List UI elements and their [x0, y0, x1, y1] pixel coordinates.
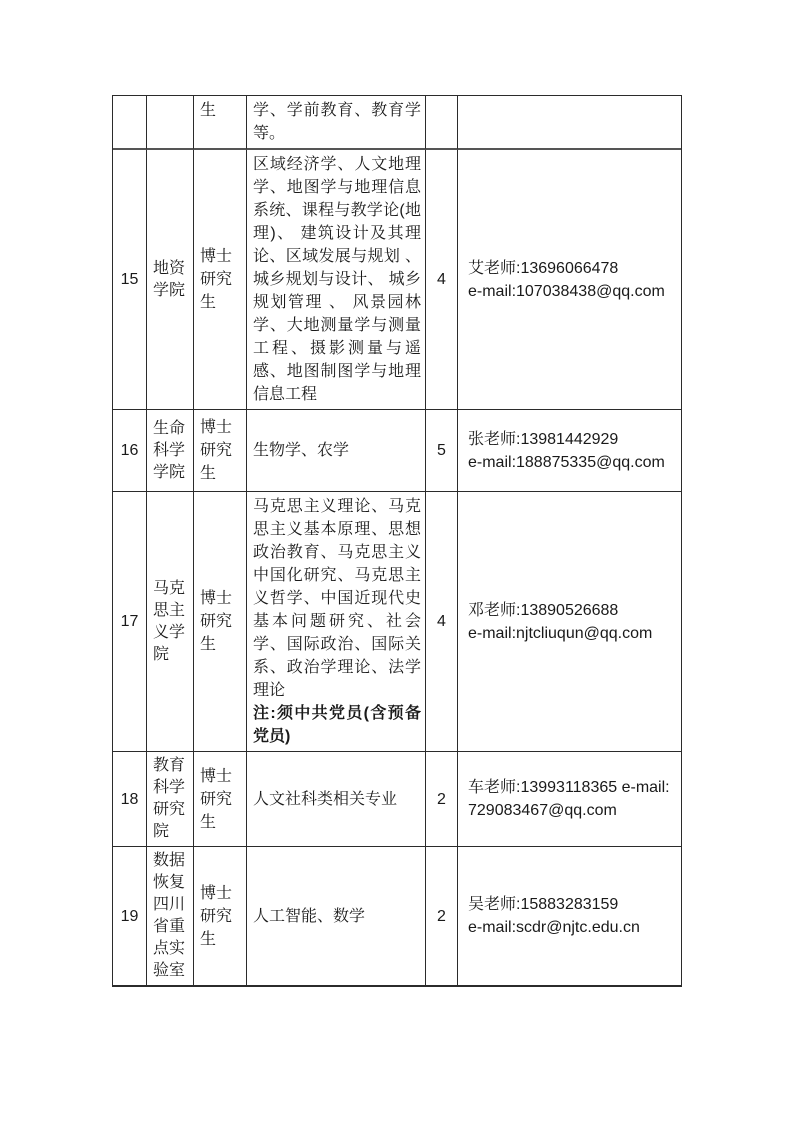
cell-majors: 马克思主义理论、马克思主义基本原理、思想政治教育、马克思主义中国化研究、马克思主…	[247, 492, 426, 752]
cell-majors: 人工智能、数学	[247, 847, 426, 985]
contact-email-line: e-mail:107038438@qq.com	[468, 280, 675, 303]
cell-count: 4	[426, 492, 458, 752]
contact-phone-line: 张老师:13981442929	[468, 428, 675, 451]
cell-count: 5	[426, 410, 458, 492]
table-row: 17 马克思主义学院 博士研究生 马克思主义理论、马克思主义基本原理、思想政治教…	[113, 492, 681, 752]
cell-college: 地资学院	[147, 150, 194, 410]
cell-index: 16	[113, 410, 147, 492]
cell-majors: 人文社科类相关专业	[247, 752, 426, 847]
contact-email-line: e-mail:scdr@njtc.edu.cn	[468, 916, 675, 939]
contact-phone-line: 车老师:13993118365 e-mail:	[468, 776, 675, 799]
contact-email-line: e-mail:njtcliuqun@qq.com	[468, 622, 675, 645]
majors-text: 马克思主义理论、马克思主义基本原理、思想政治教育、马克思主义中国化研究、马克思主…	[253, 495, 421, 702]
cell-contact: 车老师:13993118365 e-mail: 729083467@qq.com	[458, 752, 681, 847]
cell-degree: 博士研究生	[194, 410, 247, 492]
majors-text: 人文社科类相关专业	[253, 788, 421, 811]
cell-college: 数据恢复四川省重点实验室	[147, 847, 194, 985]
cell-college: 教育科学研究院	[147, 752, 194, 847]
cell-degree: 博士研究生	[194, 492, 247, 752]
majors-note: 注:须中共党员(含预备党员)	[253, 702, 421, 748]
cell-majors: 区域经济学、人文地理学、地图学与地理信息系统、课程与教学论(地理)、 建筑设计及…	[247, 150, 426, 410]
cell-count: 2	[426, 847, 458, 985]
cell-college	[147, 96, 194, 150]
contact-phone-line: 吴老师:15883283159	[468, 893, 675, 916]
cell-degree: 博士研究生	[194, 752, 247, 847]
table-row: 19 数据恢复四川省重点实验室 博士研究生 人工智能、数学 2 吴老师:1588…	[113, 847, 681, 985]
recruitment-table: 生 学、学前教育、教育学等。 15 地资学院 博士研究生 区域经济学、人文地理学…	[112, 95, 682, 987]
majors-text: 人工智能、数学	[253, 905, 421, 928]
cell-majors: 学、学前教育、教育学等。	[247, 96, 426, 150]
cell-degree: 博士研究生	[194, 847, 247, 985]
document-page: 生 学、学前教育、教育学等。 15 地资学院 博士研究生 区域经济学、人文地理学…	[0, 0, 793, 1122]
cell-majors: 生物学、农学	[247, 410, 426, 492]
cell-index: 15	[113, 150, 147, 410]
contact-phone-line: 艾老师:13696066478	[468, 257, 675, 280]
table-row: 16 生命科学学院 博士研究生 生物学、农学 5 张老师:13981442929…	[113, 410, 681, 492]
majors-text: 生物学、农学	[253, 439, 421, 462]
cell-index	[113, 96, 147, 150]
cell-degree: 博士研究生	[194, 150, 247, 410]
cell-contact: 艾老师:13696066478 e-mail:107038438@qq.com	[458, 150, 681, 410]
cell-contact	[458, 96, 681, 150]
cell-index: 17	[113, 492, 147, 752]
cell-index: 18	[113, 752, 147, 847]
cell-count	[426, 96, 458, 150]
table-row: 15 地资学院 博士研究生 区域经济学、人文地理学、地图学与地理信息系统、课程与…	[113, 150, 681, 410]
cell-college: 生命科学学院	[147, 410, 194, 492]
cell-college: 马克思主义学院	[147, 492, 194, 752]
cell-contact: 邓老师:13890526688 e-mail:njtcliuqun@qq.com	[458, 492, 681, 752]
cell-degree: 生	[194, 96, 247, 150]
cell-count: 4	[426, 150, 458, 410]
contact-email-line: e-mail:188875335@qq.com	[468, 451, 675, 474]
contact-phone-line: 邓老师:13890526688	[468, 599, 675, 622]
cell-count: 2	[426, 752, 458, 847]
cell-contact: 吴老师:15883283159 e-mail:scdr@njtc.edu.cn	[458, 847, 681, 985]
table-row: 18 教育科学研究院 博士研究生 人文社科类相关专业 2 车老师:1399311…	[113, 752, 681, 847]
contact-email-line: 729083467@qq.com	[468, 799, 675, 822]
cell-index: 19	[113, 847, 147, 985]
majors-text: 区域经济学、人文地理学、地图学与地理信息系统、课程与教学论(地理)、 建筑设计及…	[253, 153, 421, 406]
table-row-continuation: 生 学、学前教育、教育学等。	[113, 96, 681, 150]
cell-contact: 张老师:13981442929 e-mail:188875335@qq.com	[458, 410, 681, 492]
